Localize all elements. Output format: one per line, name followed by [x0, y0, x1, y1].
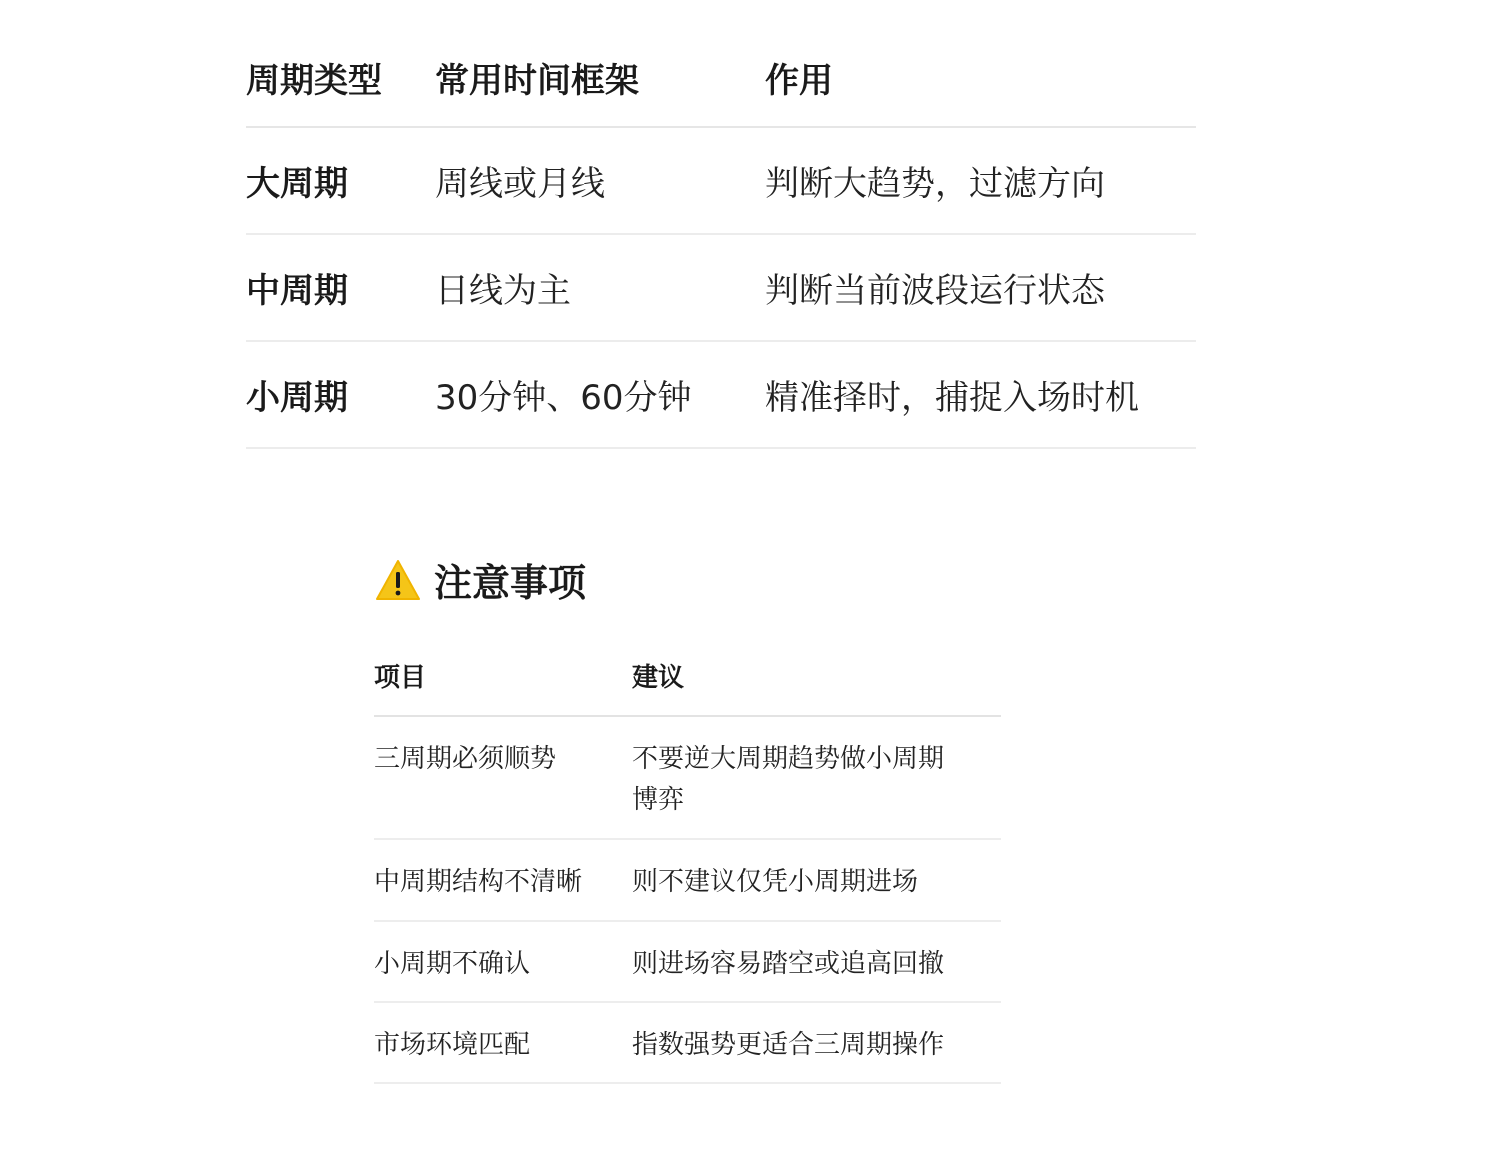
notice-table-header: 项目 建议 [374, 636, 1001, 717]
table-row: 市场环境匹配 指数强势更适合三周期操作 [374, 1003, 1001, 1084]
cycle-type-cell: 小周期 [246, 370, 435, 419]
advice-cell: 则不建议仅凭小周期进场 [632, 862, 1001, 903]
purpose-cell: 判断大趋势，过滤方向 [765, 156, 1196, 205]
header-item: 项目 [374, 657, 632, 694]
table-row: 小周期 30分钟、60分钟 精准择时，捕捉入场时机 [246, 342, 1196, 449]
notice-title: 注意事项 [434, 552, 586, 607]
purpose-cell: 精准择时，捕捉入场时机 [765, 370, 1196, 419]
table-row: 中周期结构不清晰 则不建议仅凭小周期进场 [374, 840, 1001, 922]
timeframe-cell: 周线或月线 [435, 156, 765, 205]
item-cell: 市场环境匹配 [374, 1025, 632, 1066]
timeframe-cell: 日线为主 [435, 263, 765, 312]
item-cell: 三周期必须顺势 [374, 739, 632, 780]
header-cycle-type: 周期类型 [246, 53, 435, 102]
table-row: 小周期不确认 则进场容易踏空或追高回撤 [374, 922, 1001, 1003]
item-cell: 中周期结构不清晰 [374, 862, 632, 903]
table-row: 大周期 周线或月线 判断大趋势，过滤方向 [246, 128, 1196, 235]
header-purpose: 作用 [765, 53, 1196, 102]
cycle-type-cell: 大周期 [246, 156, 435, 205]
header-timeframe: 常用时间框架 [435, 53, 765, 102]
warning-icon [374, 558, 422, 602]
cycle-type-cell: 中周期 [246, 263, 435, 312]
header-advice: 建议 [632, 657, 1001, 694]
timeframe-cell: 30分钟、60分钟 [435, 370, 765, 419]
table-row: 三周期必须顺势 不要逆大周期趋势做小周期博弈 [374, 717, 1001, 840]
table-row: 中周期 日线为主 判断当前波段运行状态 [246, 235, 1196, 342]
cycle-table-header: 周期类型 常用时间框架 作用 [246, 28, 1196, 128]
advice-cell: 指数强势更适合三周期操作 [632, 1025, 1001, 1066]
notice-table: 项目 建议 三周期必须顺势 不要逆大周期趋势做小周期博弈 中周期结构不清晰 则不… [374, 636, 1001, 1084]
item-cell: 小周期不确认 [374, 944, 632, 985]
notice-heading: 注意事项 [374, 552, 586, 607]
advice-cell: 不要逆大周期趋势做小周期博弈 [632, 739, 992, 821]
advice-cell: 则进场容易踏空或追高回撤 [632, 944, 1001, 985]
cycle-table: 周期类型 常用时间框架 作用 大周期 周线或月线 判断大趋势，过滤方向 中周期 … [246, 28, 1196, 449]
purpose-cell: 判断当前波段运行状态 [765, 263, 1196, 312]
